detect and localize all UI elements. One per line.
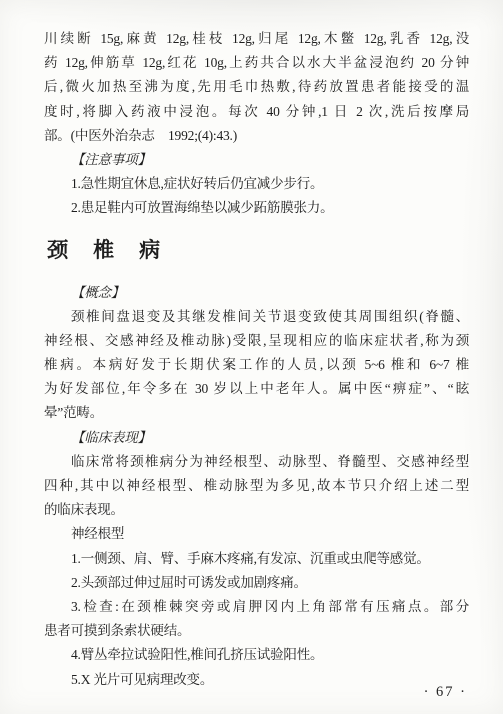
section-header-concept: 【概念】 (44, 281, 469, 305)
text-line: 为好发部位,年令多在 30 岁以上中老年人。属中医“痹症”、“眩 (44, 377, 469, 401)
chapter-title: 颈 椎 病 (44, 234, 469, 266)
page-number: · 67 · (424, 684, 467, 701)
text-line: 四种,其中以神经根型、椎动脉型为多见,故本节只介绍上述二型 (44, 474, 469, 498)
list-item: 1.一侧颈、肩、臂、手麻木疼痛,有发凉、沉重或虫爬等感觉。 (44, 547, 469, 571)
list-item: 1.急性期宜休息,症状好转后仍宜减少步行。 (44, 172, 469, 196)
text-line: 颈椎间盘退变及其继发椎间关节退变致使其周围组织(脊髓、 (44, 305, 469, 329)
list-item: 4.臂丛牵拉试验阳性,椎间孔挤压试验阳性。 (44, 643, 469, 667)
text-line: 的临床表现。 (44, 498, 469, 522)
page-text-column: 川续断 15g,麻黄 12g,桂枝 12g,归尾 12g,木鳖 12g,乳香 1… (0, 0, 503, 692)
list-item: 5.X 光片可见病理改变。 (44, 668, 469, 692)
text-line: 患者可摸到条索状硬结。 (44, 619, 469, 643)
text-line: 药 12g,伸筋草 12g,红花 10g,上药共合以水大半盆浸泡约 20 分钟 (44, 51, 469, 75)
text-line: 椎病。本病好发于长期伏案工作的人员,以颈 5~6 椎和 6~7 椎 (44, 353, 469, 377)
text-line: 度时,将脚入药液中浸泡。每次 40 分钟,1 日 2 次,洗后按摩局 (44, 100, 469, 124)
list-item: 3.检查:在颈椎棘突旁或肩胛冈内上角部常有压痛点。部分 (44, 595, 469, 619)
text-line: 神经根、交感神经及椎动脉)受限,呈现相应的临床症状者,称为颈 (44, 329, 469, 353)
text-line: 晕”范畴。 (44, 401, 469, 425)
list-item: 2.患足鞋内可放置海绵垫以减少跖筋膜张力。 (44, 196, 469, 220)
text-line: 临床常将颈椎病分为神经根型、动脉型、脊髓型、交感神经型 (44, 450, 469, 474)
scanned-book-page: 川续断 15g,麻黄 12g,桂枝 12g,归尾 12g,木鳖 12g,乳香 1… (0, 0, 503, 714)
citation-line: 部。(中医外治杂志 1992;(4):43.) (44, 124, 469, 148)
section-header-notes: 【注意事项】 (44, 148, 469, 172)
text-line: 川续断 15g,麻黄 12g,桂枝 12g,归尾 12g,木鳖 12g,乳香 1… (44, 27, 469, 51)
subsection-title-nerve-root: 神经根型 (44, 522, 469, 546)
list-item: 2.头颈部过伸过屈时可诱发或加剧疼痛。 (44, 571, 469, 595)
text-line: 后,微火加热至沸为度,先用毛巾热敷,待药放置患者能接受的温 (44, 75, 469, 99)
section-header-clinical: 【临床表现】 (44, 426, 469, 450)
